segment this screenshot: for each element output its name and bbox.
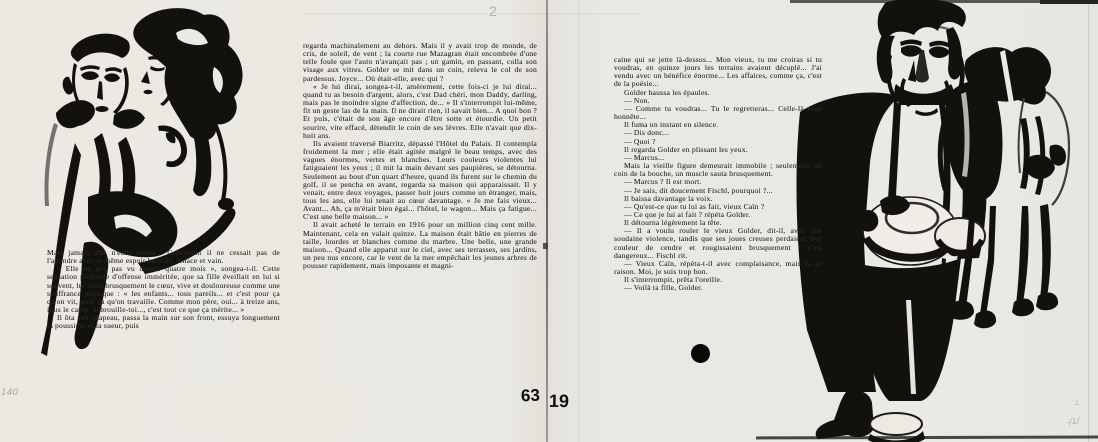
paragraph: caine qui se jette là-dessus... Mon vieu… xyxy=(614,56,822,89)
gutter-ink-blot xyxy=(543,243,548,249)
paragraph: Il avait acheté le terrain en 1916 pour … xyxy=(303,221,537,270)
paragraph: — Vieux Caïn, répéta-t-il avec complaisa… xyxy=(614,260,822,276)
right-page-column: caine qui se jette là-dessus... Mon vieu… xyxy=(614,56,822,293)
paragraph: regarda machinalement au dehors. Mais il… xyxy=(303,42,537,83)
paragraph: Il ôta son chapeau, passa la main sur so… xyxy=(47,314,280,330)
page-right-edge xyxy=(1088,0,1089,442)
left-page-caption-text: Mais jamais elle n'était venue... Cepend… xyxy=(47,249,280,331)
printed-black-dot xyxy=(691,344,710,363)
paragraph: Mais jamais elle n'était venue... Cepend… xyxy=(47,249,280,265)
paragraph: « Je lui dirai, songea-t-il, amèrement, … xyxy=(303,83,537,140)
paragraph: — Il a voulu rouler le vieux Golder, dit… xyxy=(614,227,822,260)
paragraph: — Comme tu voudras... Tu le regretteras.… xyxy=(614,105,822,121)
film-scratch xyxy=(300,13,640,14)
frame-number-left: 63 xyxy=(521,386,541,407)
fold-line xyxy=(578,0,579,442)
left-page-main-column: regarda machinalement au dehors. Mais il… xyxy=(303,42,537,270)
frame-number-right: 19 xyxy=(549,391,569,412)
golder-hat-illustration xyxy=(790,0,1080,442)
paragraph: Ils avaient traversé Biarritz, dépassé l… xyxy=(303,140,537,222)
paragraph: « Elle ne m'a pas vu depuis quatre mois … xyxy=(47,265,280,314)
pencil-mark-bottom-left: 140 xyxy=(1,388,18,398)
page-gutter-line xyxy=(546,0,548,442)
paragraph: Mais la vieille figure demeurait immobil… xyxy=(614,162,822,178)
book-spread-scan: 2 63 19 140 ⊥ -/1/ xyxy=(0,0,1098,442)
frame-mark-top: 2 xyxy=(489,3,497,19)
paragraph: — Voilà ta fille, Golder. xyxy=(614,284,822,292)
